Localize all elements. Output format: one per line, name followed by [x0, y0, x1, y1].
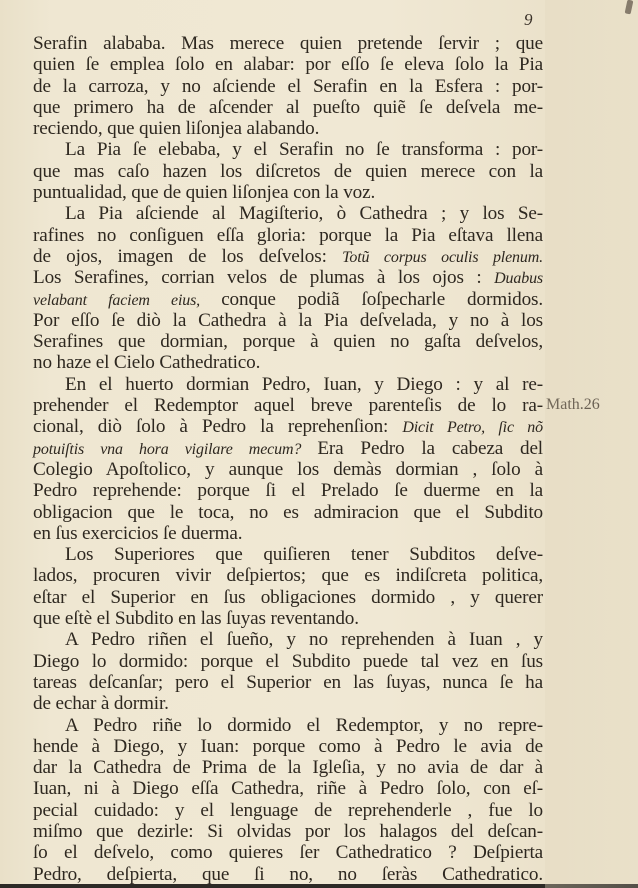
text-line: Serafines que dormian, porque à quien no…: [33, 331, 543, 352]
line-text: hende à Diego, y Iuan: porque como à Ped…: [33, 736, 543, 757]
line-text: no haze el Cielo Cathedratico.: [33, 352, 260, 373]
text-line: Por eſſo ſe diò la Cathedra à la Pia deſ…: [33, 310, 543, 331]
line-text: que eſtè el Subdito en las ſuyas reventa…: [33, 608, 359, 629]
text-line: eſtar el Superior en ſus obligaciones do…: [33, 587, 543, 608]
text-line: de ojos, imagen de los deſvelos: Totũ co…: [33, 246, 543, 267]
text-line: de echar à dormir.: [33, 693, 543, 714]
line-text: Pedro reprehende: porque ſi el Prelado ſ…: [33, 480, 543, 501]
line-text: Colegio Apoſtolico, y aunque los demàs d…: [33, 459, 543, 480]
line-text: A Pedro riñe lo dormido el Redemptor, y …: [65, 715, 543, 736]
line-text: en ſus exercicios ſe duerma.: [33, 523, 242, 544]
text-line: reciendo, que quien liſonjea alabando.: [33, 118, 543, 139]
line-text: que mas caſo hazen los diſcretos de quie…: [33, 161, 543, 182]
text-line: dar la Cathedra de Prima de la Igleſia, …: [33, 757, 543, 778]
line-text: puntualidad, que de quien liſonjea con l…: [33, 182, 375, 203]
line-text: Pedro, deſpierta, que ſi no, no ſeràs Ca…: [33, 864, 543, 885]
text-line: pecial cuidado: y el lenguage de reprehe…: [33, 800, 543, 821]
text-line: obligacion que le toca, no es admiracion…: [33, 502, 543, 523]
line-text: La Pia aſciende al Magiſterio, ò Cathedr…: [65, 203, 543, 224]
body-text: Serafin alababa. Mas merece quien preten…: [33, 33, 543, 885]
line-text: Diego lo dormido: porque el Subdito pued…: [33, 651, 543, 672]
text-line: Serafin alababa. Mas merece quien preten…: [33, 33, 543, 54]
text-line: cional, diò ſolo à Pedro la reprehenſion…: [33, 416, 543, 437]
text-line: La Pia aſciende al Magiſterio, ò Cathedr…: [33, 203, 543, 224]
line-text: cional, diò ſolo à Pedro la reprehenſion…: [33, 416, 402, 437]
text-line: Los Serafines, corrian velos de plumas à…: [33, 267, 543, 288]
text-line: velabant faciem eius, conque podiã ſoſpe…: [33, 289, 543, 310]
latin-quote: Dicit Petro, ſic nõ: [402, 419, 543, 436]
text-line: hende à Diego, y Iuan: porque como à Ped…: [33, 736, 543, 757]
line-text: que primero ha de aſcender al pueſto qui…: [33, 97, 543, 118]
line-text: tareas deſcanſar; pero el Superior en la…: [33, 672, 543, 693]
line-text: quien ſe emplea ſolo en alabar: por eſſo…: [33, 54, 543, 75]
text-line: rafines no conſiguen eſſa gloria: porque…: [33, 225, 543, 246]
line-text: pecial cuidado: y el lenguage de reprehe…: [33, 800, 543, 821]
line-text: de ojos, imagen de los deſvelos:: [33, 246, 342, 267]
text-line: prehender el Redemptor aquel breve paren…: [33, 395, 543, 416]
latin-quote: Duabus: [494, 270, 543, 287]
scanned-book-page: 9 Serafin alababa. Mas merece quien pret…: [0, 0, 638, 888]
line-text: Iuan, ni à Diego eſſa Cathedra, riñe à P…: [33, 778, 543, 799]
line-text: ſo el deſvelo, como quieres ſer Cathedra…: [33, 842, 543, 863]
line-text: rafines no conſiguen eſſa gloria: porque…: [33, 225, 543, 246]
text-line: Los Superiores que quiſieren tener Subdi…: [33, 544, 543, 565]
ink-mark: [625, 0, 634, 14]
text-line: miſmo que dezirle: Si olvidas por los ha…: [33, 821, 543, 842]
latin-quote: velabant faciem eius,: [33, 292, 221, 309]
line-text: dar la Cathedra de Prima de la Igleſia, …: [33, 757, 543, 778]
line-text: Por eſſo ſe diò la Cathedra à la Pia deſ…: [33, 310, 543, 331]
line-text: eſtar el Superior en ſus obligaciones do…: [33, 587, 543, 608]
text-line: tareas deſcanſar; pero el Superior en la…: [33, 672, 543, 693]
text-line: ſo el deſvelo, como quieres ſer Cathedra…: [33, 842, 543, 863]
text-line: A Pedro riñen el ſueño, y no reprehenden…: [33, 629, 543, 650]
latin-quote: potuiſtis vna hora vigilare mecum?: [33, 441, 317, 458]
line-text: miſmo que dezirle: Si olvidas por los ha…: [33, 821, 543, 842]
line-text: reciendo, que quien liſonjea alabando.: [33, 118, 319, 139]
line-text: prehender el Redemptor aquel breve paren…: [33, 395, 543, 416]
text-line: quien ſe emplea ſolo en alabar: por eſſo…: [33, 54, 543, 75]
text-line: que primero ha de aſcender al pueſto qui…: [33, 97, 543, 118]
text-line: La Pia ſe elebaba, y el Serafin no ſe tr…: [33, 139, 543, 160]
text-line: potuiſtis vna hora vigilare mecum? Era P…: [33, 438, 543, 459]
line-text: obligacion que le toca, no es admiracion…: [33, 502, 543, 523]
line-text: La Pia ſe elebaba, y el Serafin no ſe tr…: [65, 139, 543, 160]
line-text: A Pedro riñen el ſueño, y no reprehenden…: [65, 629, 543, 650]
text-line: que eſtè el Subdito en las ſuyas reventa…: [33, 608, 543, 629]
line-text: Era Pedro la cabeza del: [317, 438, 543, 459]
text-line: A Pedro riñe lo dormido el Redemptor, y …: [33, 715, 543, 736]
text-line: Iuan, ni à Diego eſſa Cathedra, riñe à P…: [33, 778, 543, 799]
latin-quote: Totũ corpus oculis plenum.: [342, 249, 543, 266]
margin-note-citation: Math.26: [546, 396, 600, 414]
text-line: Pedro, deſpierta, que ſi no, no ſeràs Ca…: [33, 864, 543, 885]
text-line: puntualidad, que de quien liſonjea con l…: [33, 182, 543, 203]
text-line: de la carroza, y no aſciende el Serafin …: [33, 76, 543, 97]
text-line: que mas caſo hazen los diſcretos de quie…: [33, 161, 543, 182]
line-text: conque podiã ſoſpecharle dormidos.: [221, 289, 543, 310]
line-text: lados, procuren vivir deſpiertos; que es…: [33, 565, 543, 586]
page-number: 9: [524, 10, 533, 30]
line-text: de echar à dormir.: [33, 693, 169, 714]
text-line: lados, procuren vivir deſpiertos; que es…: [33, 565, 543, 586]
scan-bottom-edge: [0, 884, 638, 888]
text-line: en ſus exercicios ſe duerma.: [33, 523, 543, 544]
line-text: de la carroza, y no aſciende el Serafin …: [33, 76, 543, 97]
text-line: Diego lo dormido: porque el Subdito pued…: [33, 651, 543, 672]
line-text: Los Serafines, corrian velos de plumas à…: [33, 267, 494, 288]
line-text: En el huerto dormian Pedro, Iuan, y Dieg…: [65, 374, 543, 395]
text-line: En el huerto dormian Pedro, Iuan, y Dieg…: [33, 374, 543, 395]
line-text: Serafin alababa. Mas merece quien preten…: [33, 33, 543, 54]
text-line: no haze el Cielo Cathedratico.: [33, 352, 543, 373]
text-line: Colegio Apoſtolico, y aunque los demàs d…: [33, 459, 543, 480]
text-line: Pedro reprehende: porque ſi el Prelado ſ…: [33, 480, 543, 501]
line-text: Serafines que dormian, porque à quien no…: [33, 331, 543, 352]
line-text: Los Superiores que quiſieren tener Subdi…: [65, 544, 543, 565]
